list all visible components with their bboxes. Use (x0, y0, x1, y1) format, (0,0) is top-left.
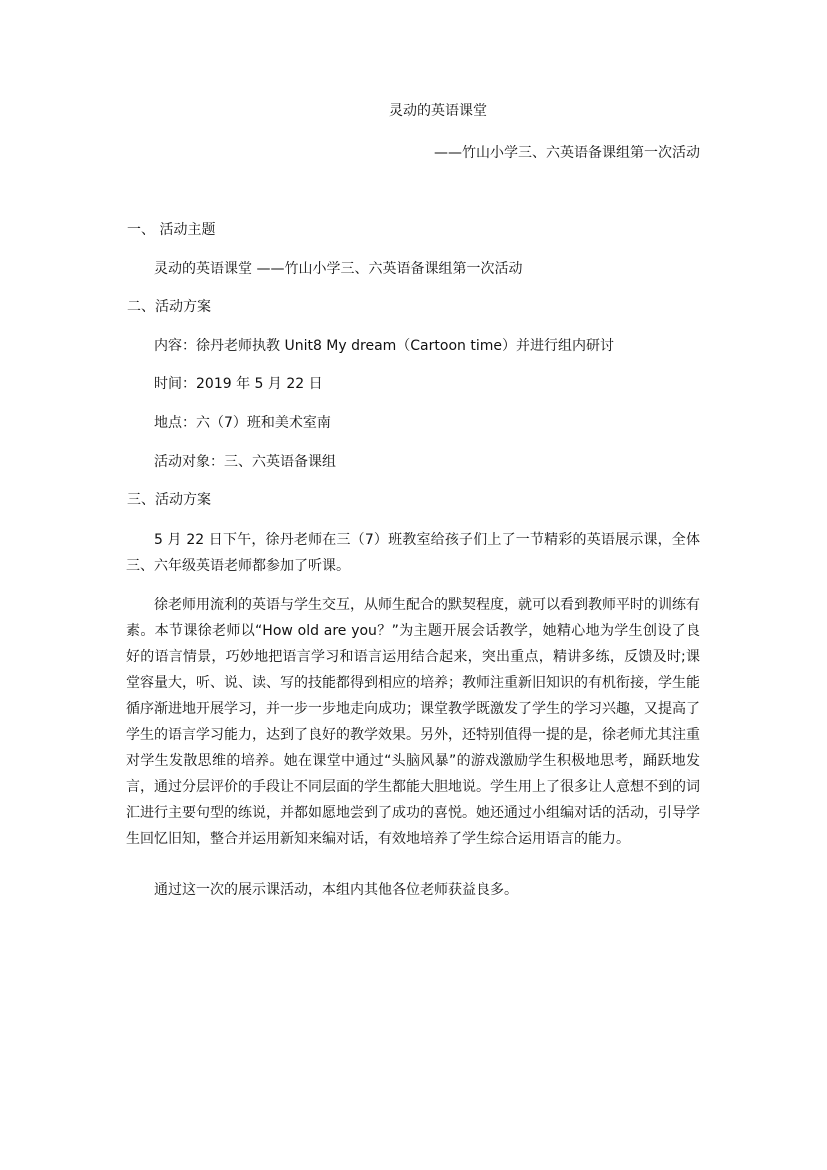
section-heading-2: 二、活动方案 (127, 297, 211, 317)
time-line: 时间：2019 年 5 月 22 日 (154, 374, 323, 394)
content-line: 内容：徐丹老师执教 Unit8 My dream（Cartoon time）并进… (154, 336, 614, 356)
section-1-line: 灵动的英语课堂 ——竹山小学三、六英语备课组第一次活动 (154, 259, 522, 279)
document-subtitle: ——竹山小学三、六英语备课组第一次活动 (434, 143, 700, 163)
paragraph-conclusion: 通过这一次的展示课活动，本组内其他各位老师获益良多。 (126, 877, 700, 903)
section-heading-1: 一、 活动主题 (127, 220, 215, 240)
paragraph-intro: 5 月 22 日下午，徐丹老师在三（7）班教室给孩子们上了一节精彩的英语展示课，… (126, 527, 700, 579)
section-heading-3: 三、活动方案 (127, 490, 211, 510)
audience-line: 活动对象：三、六英语备课组 (154, 452, 336, 472)
paragraph-body: 徐老师用流利的英语与学生交互，从师生配合的默契程度，就可以看到教师平时的训练有素… (126, 592, 700, 852)
document-title: 灵动的英语课堂 (389, 101, 487, 121)
location-line: 地点：六（7）班和美术室南 (154, 413, 331, 433)
